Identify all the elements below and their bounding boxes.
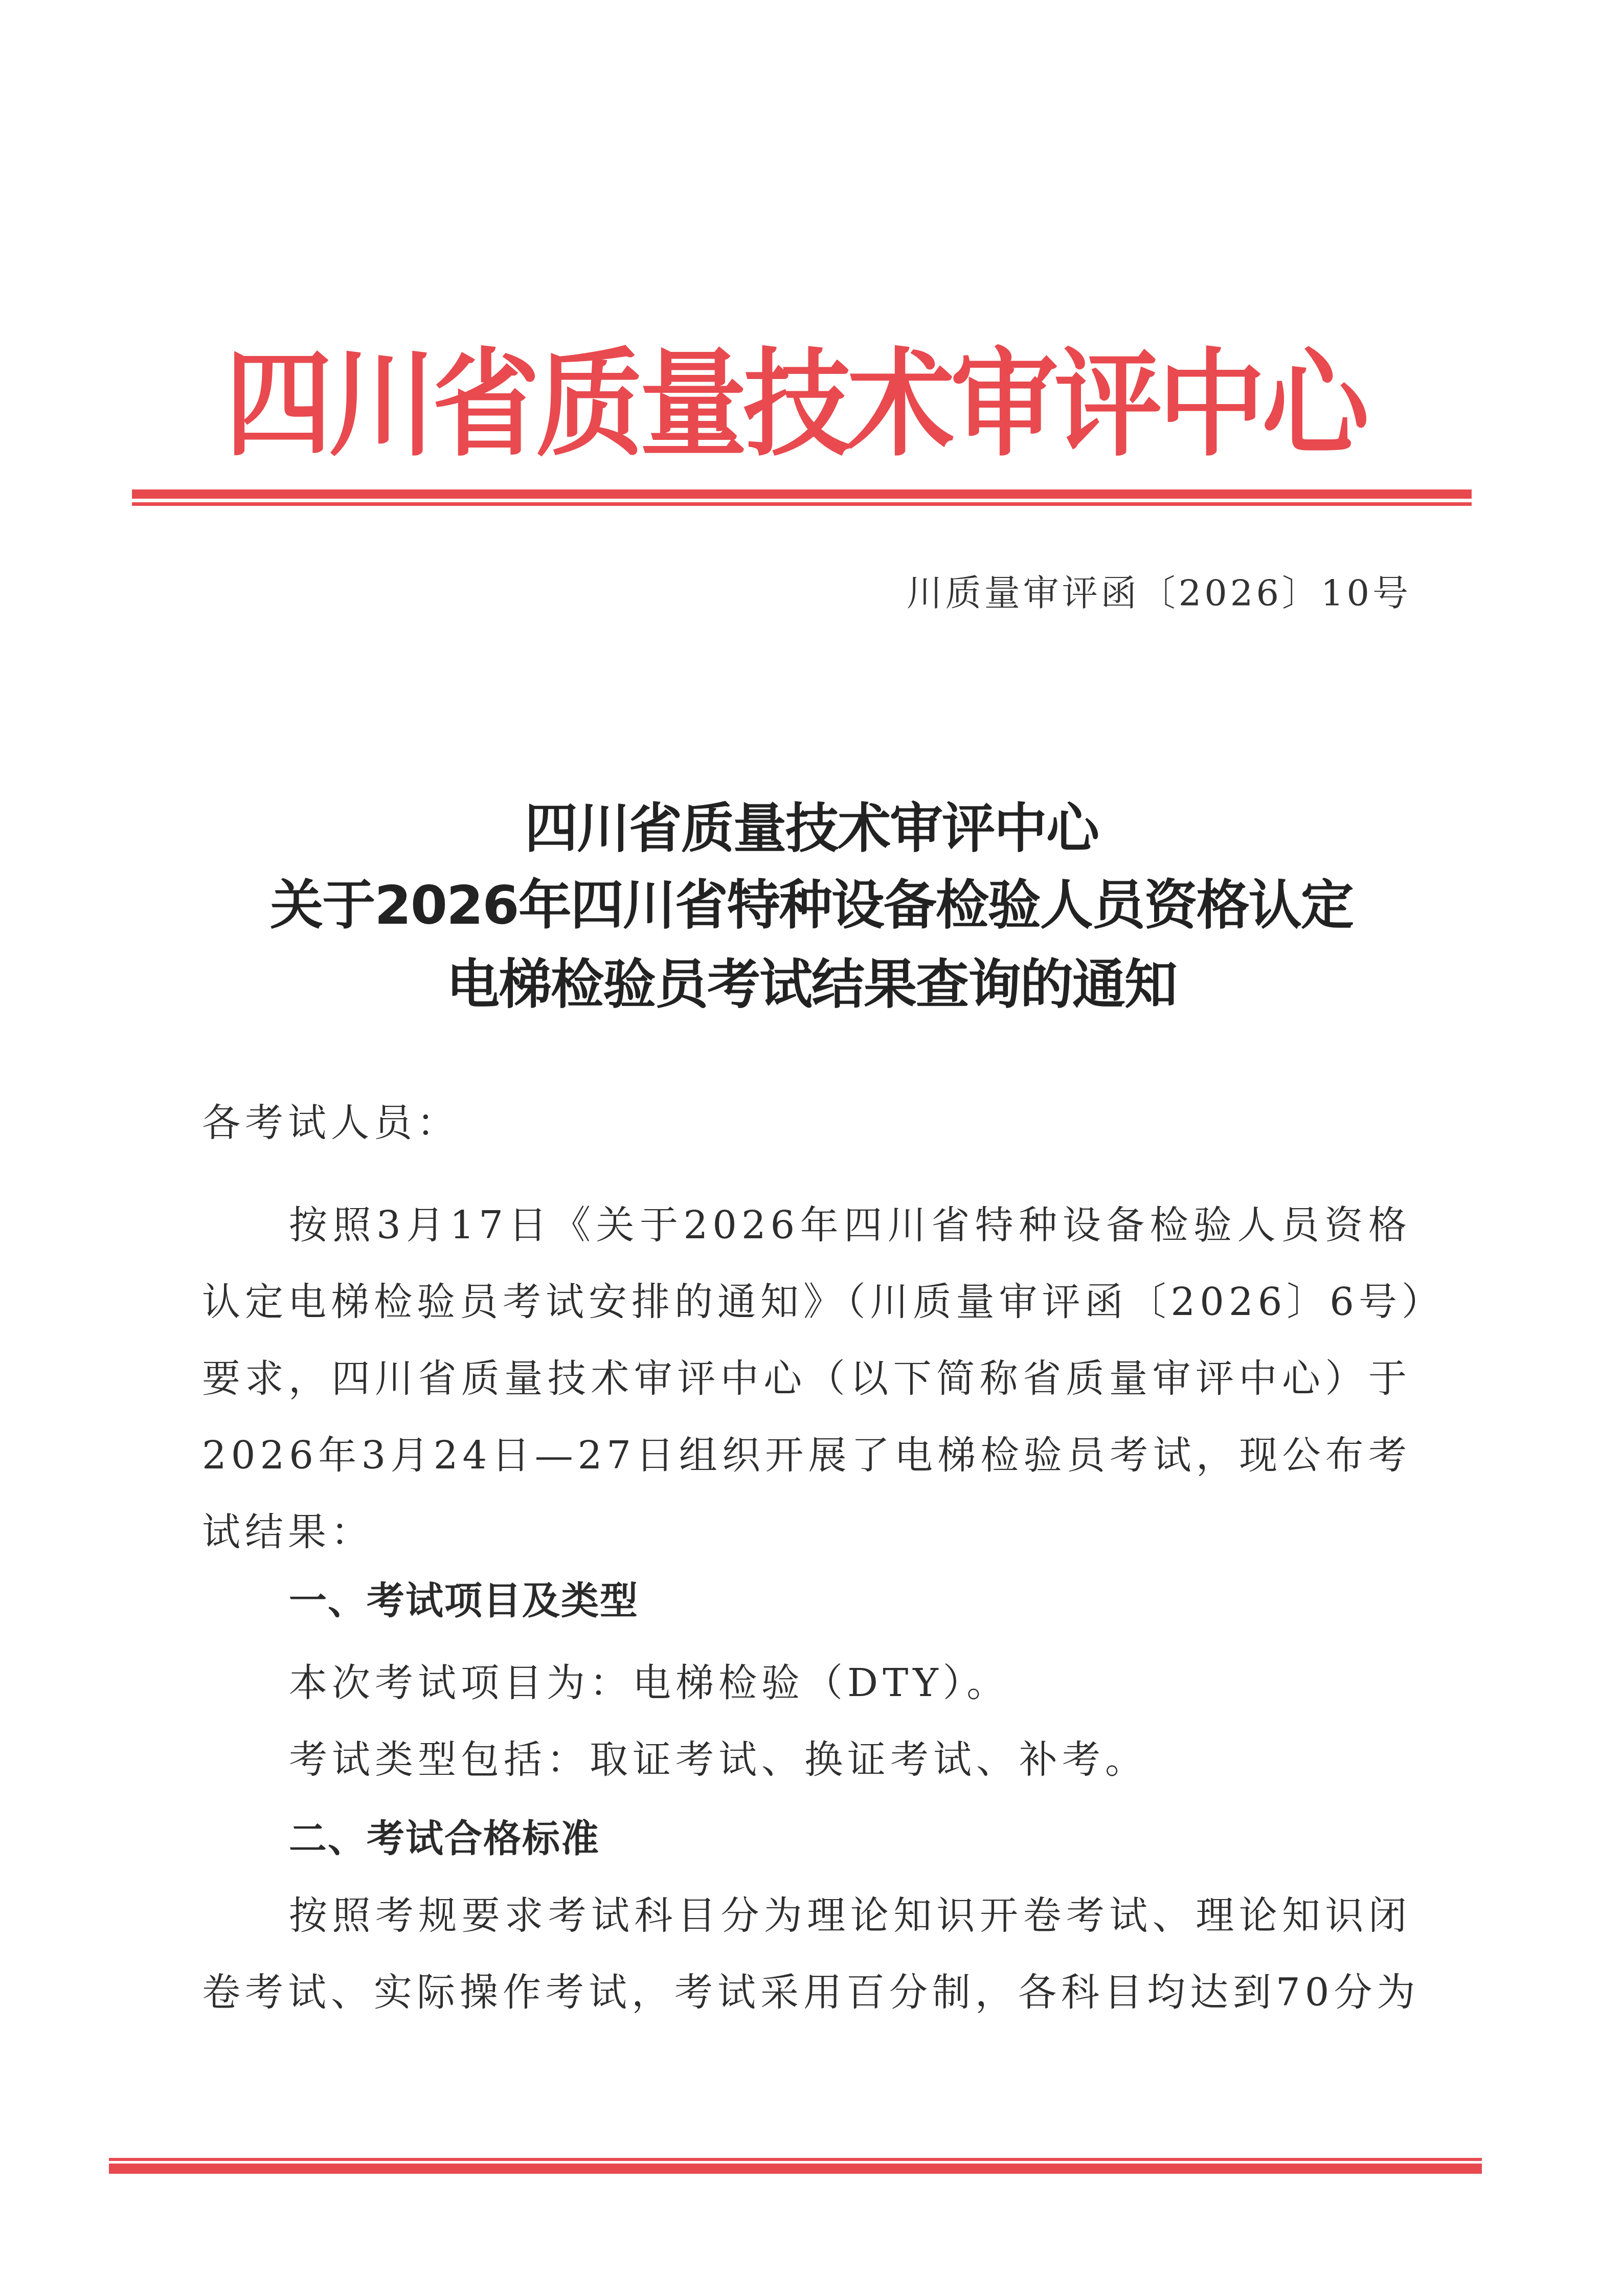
document-number: 川质量审评函〔2026〕10号 xyxy=(907,570,1411,616)
section-2-line-1: 按照考规要求考试科目分为理论知识开卷考试、理论知识闭 xyxy=(289,1890,1411,1941)
section-1-line-1: 本次考试项目为：电梯检验（DTY）。 xyxy=(289,1657,1009,1708)
masthead-org-name: 四川省质量技术审评中心 xyxy=(225,344,1319,466)
salutation: 各考试人员： xyxy=(202,1097,460,1148)
section-2-heading: 二、考试合格标准 xyxy=(289,1813,600,1864)
footer-rule-thick xyxy=(109,2164,1482,2174)
intro-line-2: 认定电梯检验员考试安排的通知》（川质量审评函〔2026〕6号） xyxy=(202,1276,1411,1327)
intro-line-5: 试结果： xyxy=(202,1506,374,1557)
intro-line-1: 按照3月17日《关于2026年四川省特种设备检验人员资格 xyxy=(289,1199,1411,1251)
title-line-1: 四川省质量技术审评中心 xyxy=(0,790,1623,867)
section-1-heading: 一、考试项目及类型 xyxy=(289,1575,639,1626)
masthead-rule-thick xyxy=(132,489,1472,499)
intro-line-3: 要求，四川省质量技术审评中心（以下简称省质量审评中心）于 xyxy=(202,1353,1411,1404)
title-line-3: 电梯检验员考试结果查询的通知 xyxy=(0,946,1623,1023)
section-1-line-2: 考试类型包括：取证考试、换证考试、补考。 xyxy=(289,1734,1148,1785)
section-2-line-2: 卷考试、实际操作考试，考试采用百分制，各科目均达到70分为 xyxy=(202,1967,1411,2018)
masthead-rule-thin xyxy=(132,502,1472,506)
footer-rule-thin xyxy=(109,2158,1482,2161)
title-line-2: 关于2026年四川省特种设备检验人员资格认定 xyxy=(0,867,1623,944)
intro-line-4: 2026年3月24日—27日组织开展了电梯检验员考试，现公布考 xyxy=(202,1430,1411,1481)
